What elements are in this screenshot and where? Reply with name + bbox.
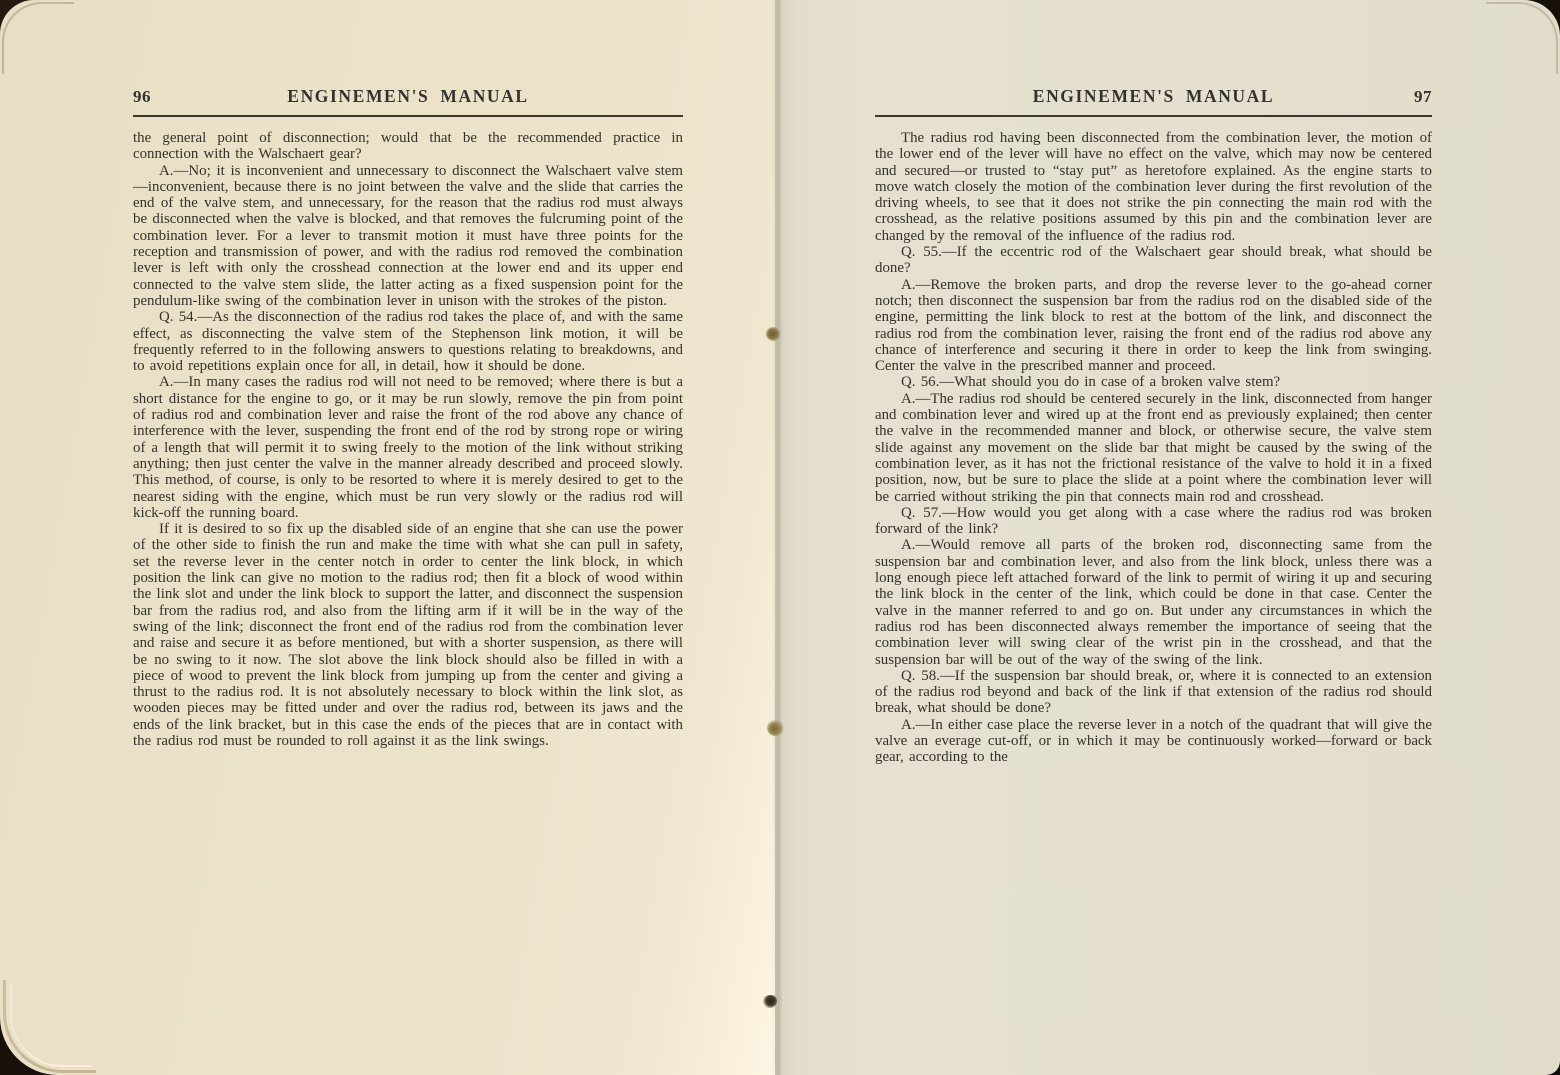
page-right: ENGINEMEN'S MANUAL 97 The radius rod hav… [775, 0, 1560, 1075]
page-number-right: 97 [1372, 87, 1432, 107]
page-body-right: The radius rod having been disconnected … [875, 130, 1432, 766]
header-rule-left [133, 115, 683, 117]
page-edge-bottom-left [10, 985, 92, 1067]
paragraph: The radius rod having been disconnected … [875, 130, 1432, 244]
page-body-left: the general point of disconnection; woul… [133, 130, 683, 749]
page-corner-top-right [1486, 2, 1558, 74]
paragraph: the general point of disconnection; woul… [133, 130, 683, 163]
book-spread: 96 ENGINEMEN'S MANUAL the general point … [0, 0, 1560, 1075]
paragraph: A.—No; it is inconvenient and unnecessar… [133, 163, 683, 310]
paragraph: A.—In either case place the reverse leve… [875, 717, 1432, 766]
paragraph: Q. 58.—If the suspension bar should brea… [875, 668, 1432, 717]
paragraph: A.—Would remove all parts of the broken … [875, 537, 1432, 667]
page-corner-top-left [2, 2, 74, 74]
page-header-left: 96 ENGINEMEN'S MANUAL [133, 86, 683, 107]
header-rule-right [875, 115, 1432, 117]
page-header-right: ENGINEMEN'S MANUAL 97 [875, 86, 1432, 107]
page-left: 96 ENGINEMEN'S MANUAL the general point … [0, 0, 775, 1075]
page-number-left: 96 [133, 87, 193, 107]
paragraph: A.—Remove the broken parts, and drop the… [875, 277, 1432, 375]
paragraph: A.—In many cases the radius rod will not… [133, 374, 683, 521]
paragraph: If it is desired to so fix up the disabl… [133, 521, 683, 749]
paragraph: Q. 57.—How would you get along with a ca… [875, 505, 1432, 538]
paragraph: Q. 55.—If the eccentric rod of the Walsc… [875, 244, 1432, 277]
running-head-left: ENGINEMEN'S MANUAL [193, 86, 623, 107]
paragraph: Q. 54.—As the disconnection of the radiu… [133, 309, 683, 374]
paragraph: A.—The radius rod should be centered sec… [875, 391, 1432, 505]
page-corner-bottom-left [3, 980, 96, 1073]
paragraph: Q. 56.—What should you do in case of a b… [875, 374, 1432, 390]
running-head-right: ENGINEMEN'S MANUAL [935, 86, 1372, 107]
